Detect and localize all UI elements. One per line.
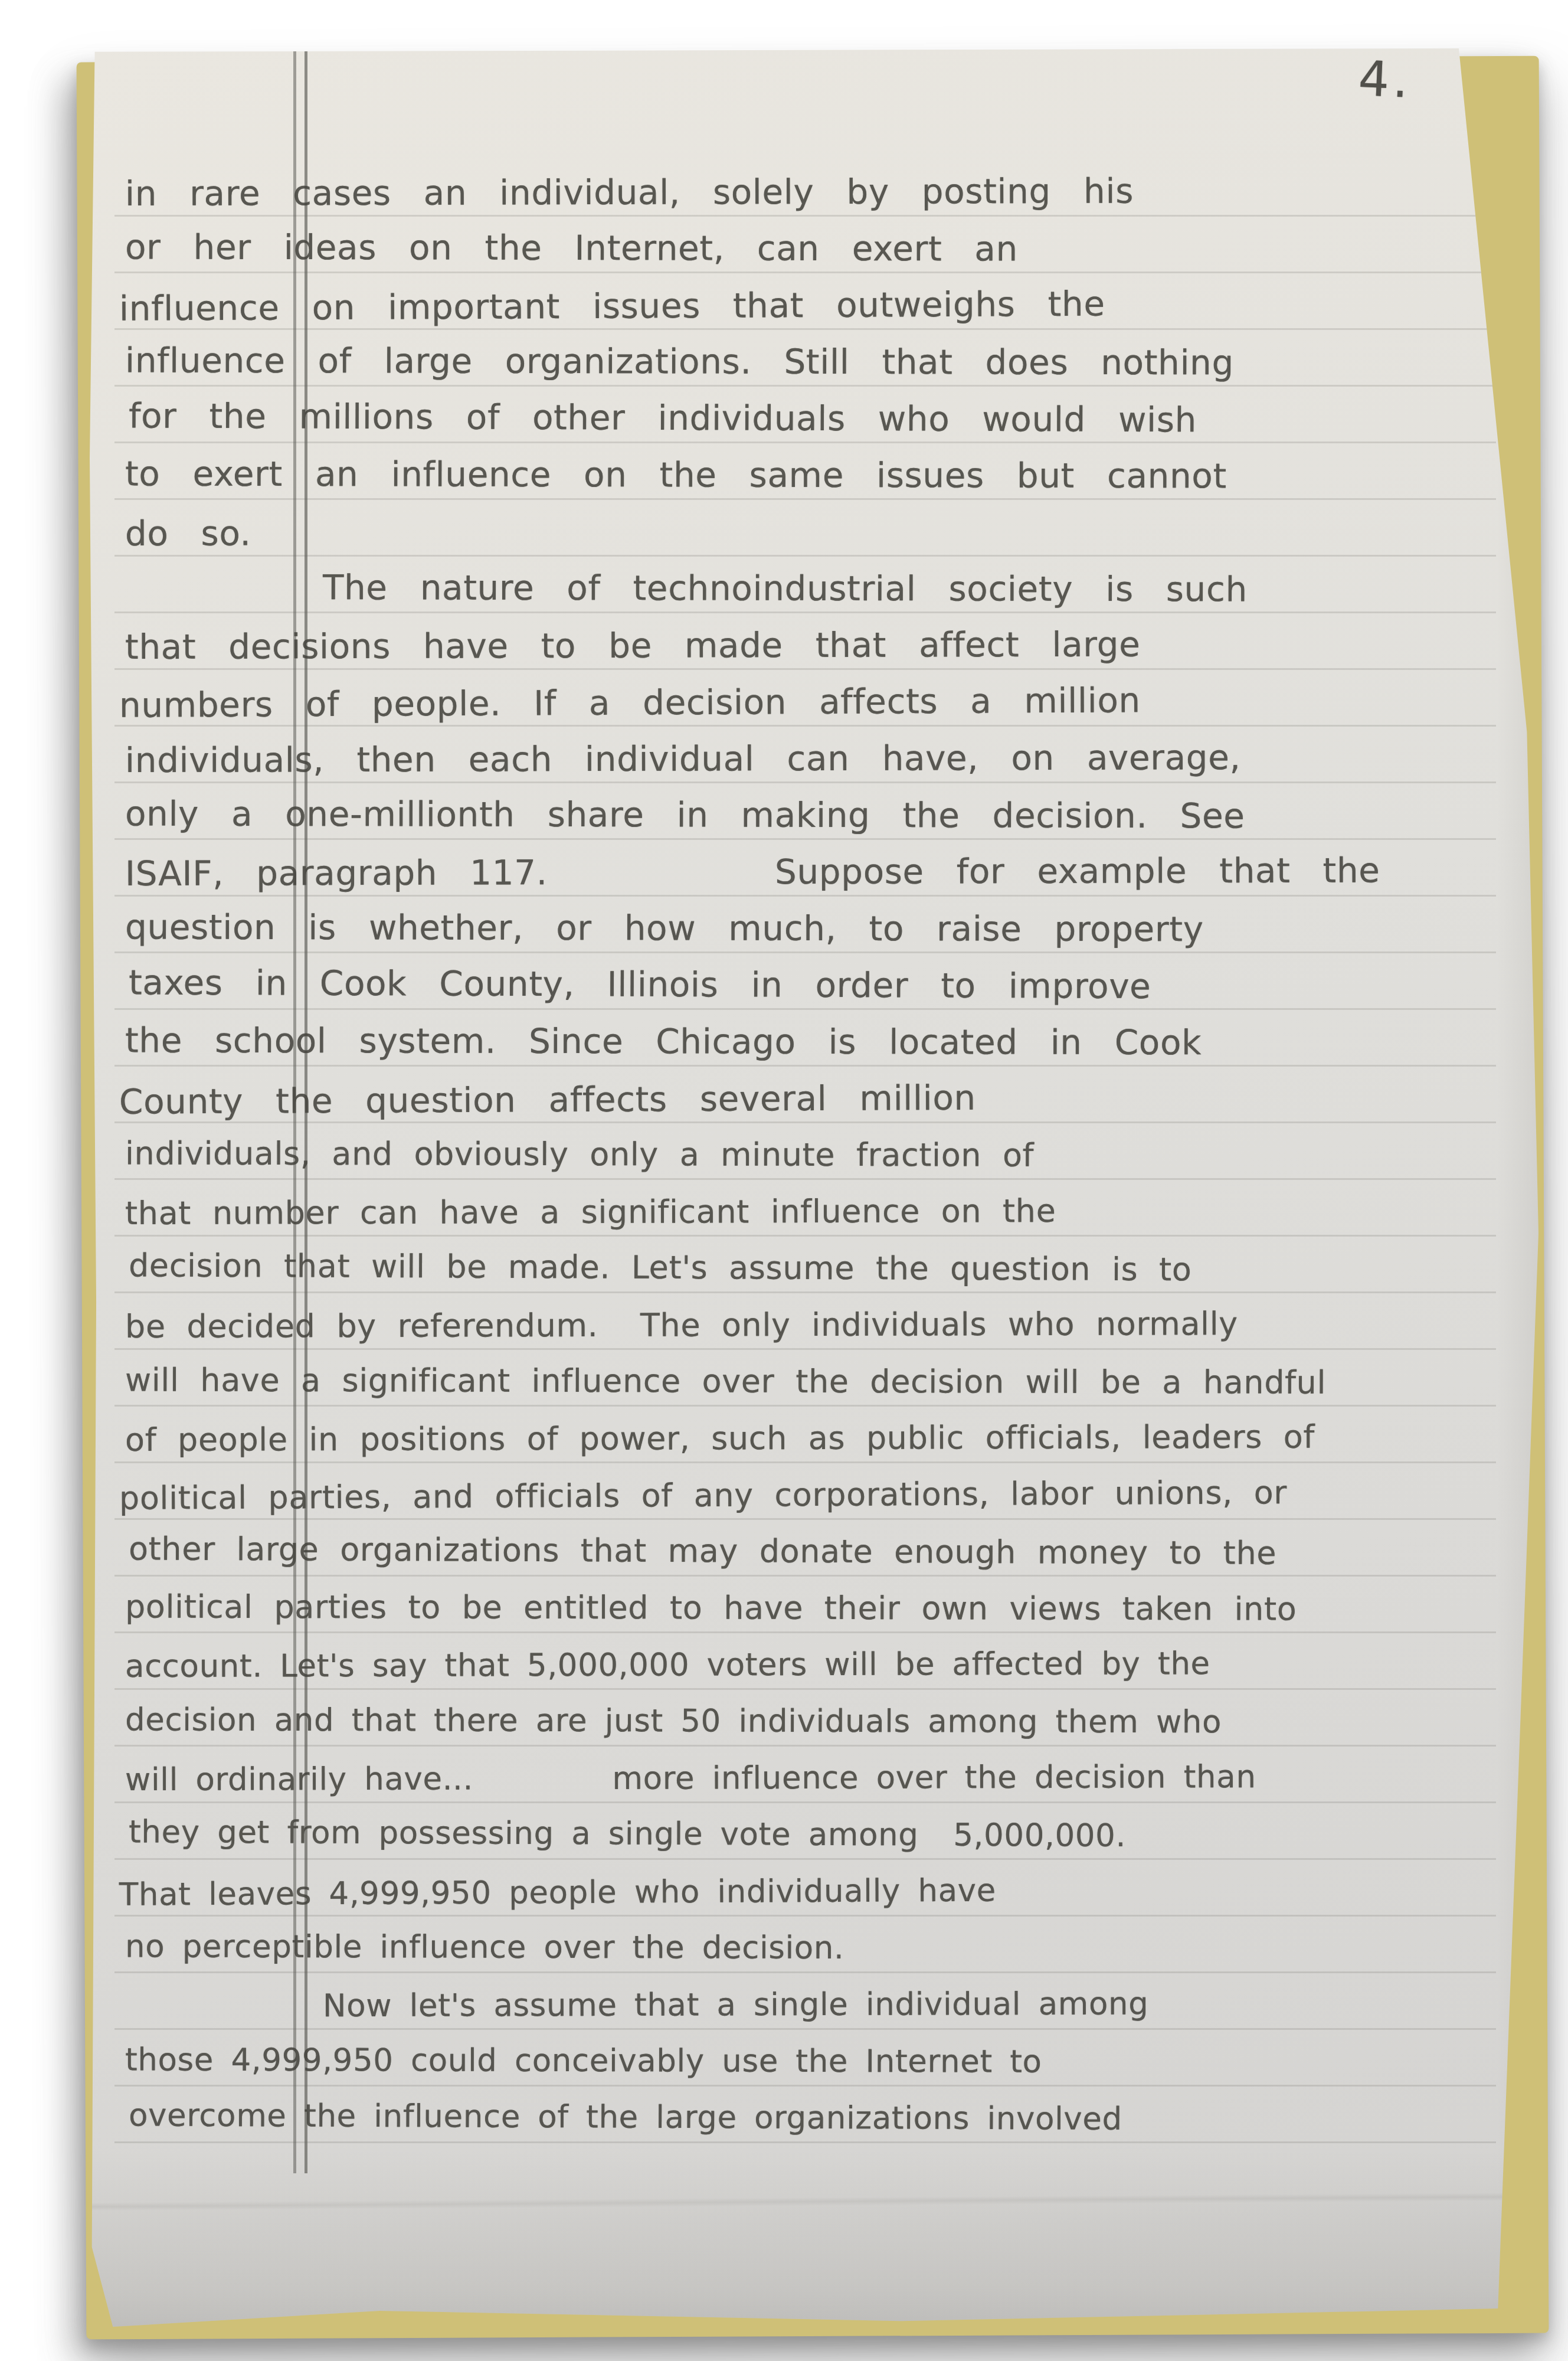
handwritten-line: in rare cases an individual, solely by p… <box>125 162 1520 222</box>
handwritten-line: numbers of people. If a decision affects… <box>119 670 1514 734</box>
handwritten-text: in rare cases an individual, solely by p… <box>125 163 1520 2147</box>
handwritten-line: for the millions of other individuals wh… <box>129 387 1523 449</box>
handwritten-line: will ordinarily have... more influence o… <box>125 1748 1520 1809</box>
handwritten-line: or her ideas on the Internet, can exert … <box>125 219 1520 279</box>
handwritten-line-paragraph-start: Now let's assume that a single individua… <box>125 1975 1520 2035</box>
handwritten-line: of people in positions of power, such as… <box>125 1408 1520 1469</box>
handwritten-line: other large organizations that may donat… <box>129 1520 1523 1582</box>
handwritten-line: political parties, and officials of any … <box>119 1463 1514 1527</box>
handwritten-line: political parties to be entitled to have… <box>125 1579 1520 1639</box>
handwritten-line-paragraph-start: The nature of technoindustrial society i… <box>125 559 1520 619</box>
handwritten-line: do so. <box>125 502 1520 562</box>
handwritten-line: taxes in Cook County, Illinois in order … <box>129 954 1523 1016</box>
handwritten-line: they get from possessing a single vote a… <box>129 1804 1523 1866</box>
handwritten-line: influence on important issues that outwe… <box>119 273 1514 337</box>
handwritten-line: That leaves 4,999,950 people who individ… <box>119 1860 1514 1924</box>
page-crease <box>90 2192 1538 2210</box>
handwritten-line: decision and that there are just 50 indi… <box>125 1692 1520 1752</box>
handwritten-line: no perceptible influence over the decisi… <box>125 1919 1520 1979</box>
notebook-page: 4. in rare cases an individual, solely b… <box>90 48 1538 2327</box>
handwritten-line: overcome the influence of the large orga… <box>129 2087 1523 2149</box>
handwritten-line: individuals, and obviously only a minute… <box>125 1126 1520 1185</box>
handwritten-line: individuals, then each individual can ha… <box>125 728 1520 789</box>
handwritten-line: only a one-millionth share in making the… <box>125 786 1520 845</box>
handwritten-line: account. Let's say that 5,000,000 voters… <box>125 1635 1520 1695</box>
handwritten-line: that number can have a significant influ… <box>125 1182 1520 1242</box>
handwritten-line: influence of large organizations. Still … <box>125 332 1520 392</box>
handwritten-line: the school system. Since Chicago is loca… <box>125 1012 1520 1072</box>
handwritten-line: decision that will be made. Let's assume… <box>129 1237 1523 1299</box>
handwritten-line: be decided by referendum. The only indiv… <box>125 1295 1520 1355</box>
handwritten-line: that decisions have to be made that affe… <box>125 615 1520 675</box>
scanned-document-background: 4. in rare cases an individual, solely b… <box>0 0 1568 2361</box>
handwritten-line: those 4,999,950 could conceivably use th… <box>125 2032 1520 2092</box>
handwritten-line: County the question affects several mill… <box>119 1067 1514 1130</box>
handwritten-line: to exert an influence on the same issues… <box>125 446 1520 505</box>
handwritten-line: question is whether, or how much, to rai… <box>125 899 1520 959</box>
page-number: 4. <box>1357 51 1413 109</box>
handwritten-line: ISAIF, paragraph 117. Suppose for exampl… <box>125 842 1520 902</box>
handwritten-line: will have a significant influence over t… <box>125 1352 1520 1412</box>
page-curl-shading <box>90 2150 1538 2327</box>
